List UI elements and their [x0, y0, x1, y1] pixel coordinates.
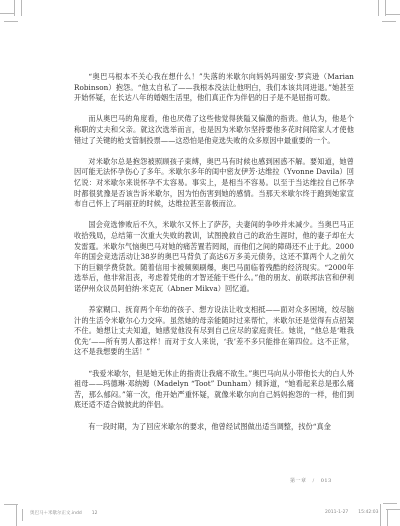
running-footer: 第一章/013 — [290, 477, 332, 484]
slug-date: 2011-1-27 — [325, 510, 348, 515]
body-text: “奥巴马根本不关心我在想什么！”失落的米歇尔向妈妈玛丽安·罗宾逊（Marian … — [74, 72, 354, 432]
paragraph: 对米歇尔总是抱怨被照顾孩子束缚，奥巴马有时候也感到困惑不解。要知道，她曾因可能无… — [74, 157, 354, 210]
crop-mark-bottom-right-v — [380, 504, 381, 526]
paragraph: 而从奥巴马的角度看，他也厌倦了这些他觉得狭隘又偏激的指责。他认为，他是个称职的丈… — [74, 114, 354, 146]
crop-mark-top-left-h — [0, 13, 14, 14]
page-number: 013 — [321, 478, 332, 484]
paragraph: “奥巴马根本不关心我在想什么！”失落的米歇尔向妈妈玛丽安·罗宾逊（Marian … — [74, 72, 354, 104]
crop-mark-top-right-h — [386, 14, 400, 15]
crop-mark-bottom-left-v2 — [22, 509, 23, 521]
paragraph: 养家糊口、抚育两个年幼的孩子、想方设法让收支相抵——面对众多困境，绞尽脑汁的生活… — [74, 305, 354, 358]
slug-sheet: 12 — [92, 511, 98, 516]
crop-mark-top-right-v — [378, 0, 379, 16]
crop-mark-top-left-v — [14, 0, 15, 16]
slug-filename: 奥巴马＋米歇尔正文.indd — [30, 511, 82, 516]
crop-mark-top-right-h2 — [382, 21, 396, 22]
chapter-label: 第一章 — [290, 478, 307, 484]
crop-mark-bottom-right-h — [383, 503, 397, 504]
crop-mark-top-left-v2 — [21, 0, 22, 16]
slug-time: 15:42:03 — [358, 510, 378, 515]
crop-mark-top-left-h2 — [4, 21, 18, 22]
crop-mark-bottom-left-v — [16, 504, 17, 526]
printer-slug-right: 2011-1-2715:42:03 — [325, 510, 389, 515]
printer-slug-left: 奥巴马＋米歇尔正文.indd12 — [30, 510, 107, 516]
paragraph: 有一段时期，为了回应米歇尔的要求，他曾经试图做出适当调整，找份“真金 — [74, 422, 354, 433]
paragraph: “我爱米歇尔，但是她无休止的指责让我痛不欲生。”奥巴马向从小带他长大的白人外祖母… — [74, 369, 354, 411]
separator: / — [313, 478, 315, 484]
paragraph: 国会竞选惨败后不久，米歇尔又怀上了萨莎，夫妻间的争吵并未减少。当奥巴马正收拾残局… — [74, 220, 354, 294]
